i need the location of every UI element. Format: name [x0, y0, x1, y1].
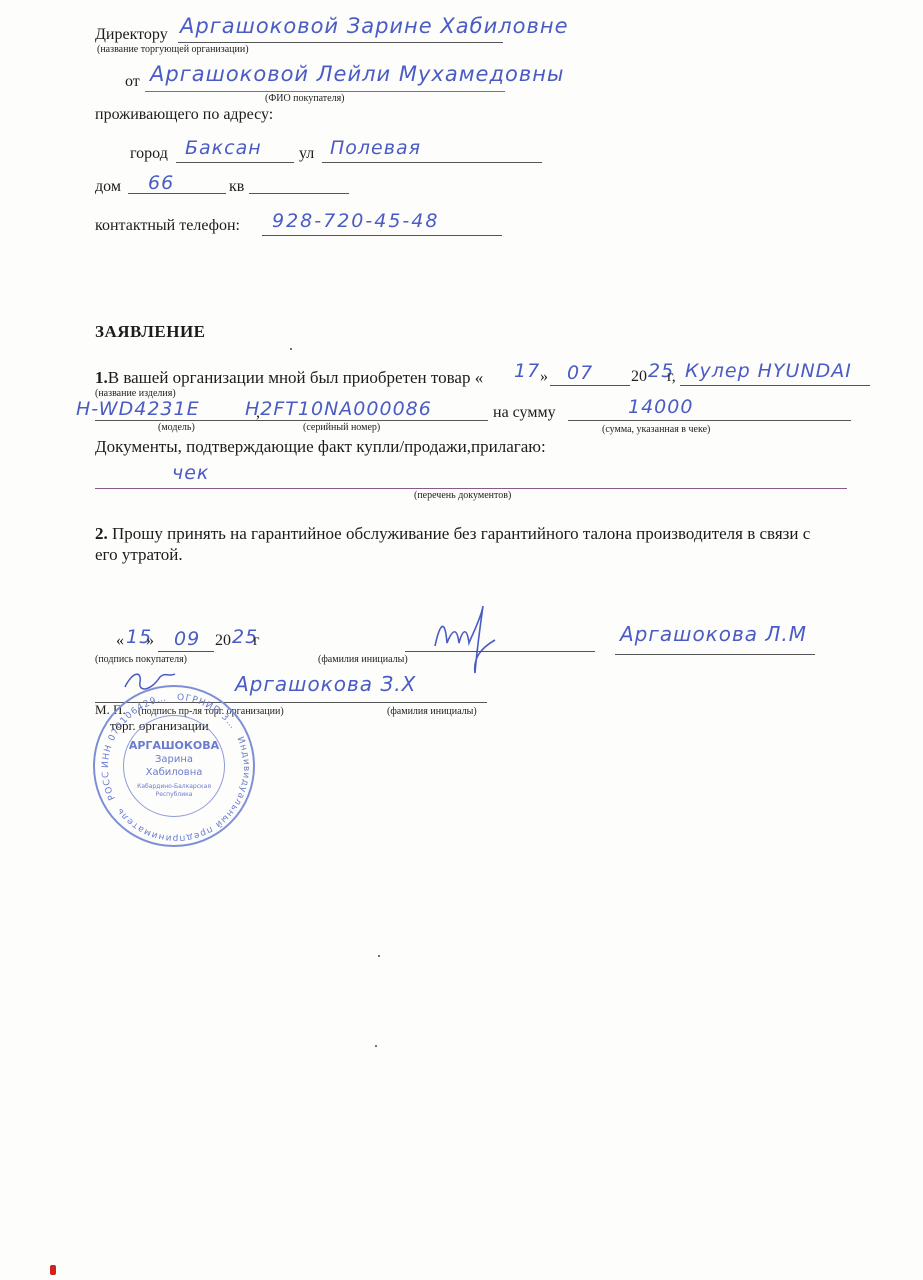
purchase-quote-close: » [540, 368, 548, 386]
docs-caption: (перечень документов) [414, 490, 511, 501]
street-underline [322, 162, 542, 163]
scan-red-mark [50, 1265, 56, 1275]
stamp-inner-ring [123, 715, 225, 817]
model-caption: (модель) [158, 422, 195, 433]
address-label: проживающего по адресу: [95, 106, 273, 124]
sign-date-month[interactable]: 09 [174, 628, 200, 650]
page-title: ЗАЯВЛЕНИЕ [95, 322, 206, 342]
p1-num: 1.В вашей организации мной был приобрете… [95, 368, 483, 388]
p2: 2. Прошу принять на гарантийное обслужив… [95, 524, 810, 544]
purchase-month-underline [550, 385, 630, 386]
street-value[interactable]: Полевая [330, 137, 421, 159]
apt-underline [249, 193, 349, 194]
phone-label: контактный телефон: [95, 217, 240, 235]
sum-caption: (сумма, указанная в чеке) [602, 424, 710, 435]
from-underline [145, 91, 505, 92]
director-caption: (название торгующей организации) [97, 44, 249, 55]
phone-underline [262, 235, 502, 236]
stamp-line5: Республика [95, 791, 253, 798]
stamp-line4: Кабардино-Балкарская [95, 783, 253, 790]
product-value[interactable]: Кулер HYUNDAI [685, 360, 852, 382]
from-caption: (ФИО покупателя) [265, 93, 345, 104]
purchase-year-prefix: 20 [631, 368, 647, 386]
house-value[interactable]: 66 [148, 172, 174, 194]
apt-label: кв [229, 178, 244, 196]
p1-number: 1. [95, 368, 108, 387]
director-underline [178, 42, 503, 43]
city-underline [176, 162, 294, 163]
product-underline [680, 385, 870, 386]
serial-underline [242, 420, 488, 421]
from-label: от [125, 73, 140, 91]
from-value[interactable]: Аргашоковой Лейли Мухамедовны [150, 62, 565, 86]
stamp-line2: Зарина [95, 754, 253, 765]
org-name-value[interactable]: Аргашокова З.Х [235, 672, 416, 696]
serial-value[interactable]: H2FT10NA000086 [245, 398, 432, 420]
model-value[interactable]: H-WD4231E [76, 398, 200, 420]
buyer-name-caption: (фамилия инициалы) [318, 654, 408, 665]
street-label: ул [299, 145, 314, 163]
sum-underline [568, 420, 851, 421]
sign-date-year-prefix: 20 [215, 632, 231, 650]
city-label: город [130, 145, 168, 163]
sign-date-year-end: г [253, 632, 260, 650]
company-stamp: ИНН 070106429… ОГРНИП 3… Индивидуальный … [93, 685, 255, 847]
sum-value[interactable]: 14000 [628, 396, 693, 418]
docs-underline [95, 488, 847, 489]
director-label: Директору [95, 26, 168, 44]
p1-text: В вашей организации мной был приобретен … [108, 368, 483, 387]
buyer-signature[interactable] [425, 598, 505, 678]
stamp-line1: АРГАШОКОВА [95, 739, 253, 752]
buyer-name-value[interactable]: Аргашокова Л.М [620, 622, 807, 646]
purchase-month[interactable]: 07 [567, 362, 593, 384]
org-name-caption: (фамилия инициалы) [387, 706, 477, 717]
p2-number: 2. [95, 524, 108, 543]
phone-value[interactable]: 928-720-45-48 [272, 210, 439, 232]
buyer-name-underline [615, 654, 815, 655]
sign-date-close: » [146, 632, 154, 650]
house-underline [128, 193, 226, 194]
purchase-day[interactable]: 17 [514, 360, 540, 382]
scan-speck [290, 348, 292, 350]
stamp-line3: Хабиловна [95, 767, 253, 778]
p2-text-2: его утратой. [95, 545, 183, 565]
sign-date-open: « [116, 632, 124, 650]
serial-caption: (серийный номер) [303, 422, 380, 433]
sum-label: на сумму [493, 404, 556, 422]
model-underline [95, 420, 255, 421]
docs-value[interactable]: чек [172, 462, 209, 484]
p2-text-1: Прошу принять на гарантийное обслуживани… [108, 524, 811, 543]
sign-date-month-underline [158, 651, 214, 652]
city-value[interactable]: Баксан [185, 137, 262, 159]
purchase-year-end: г, [667, 368, 676, 386]
director-value[interactable]: Аргашоковой Зарине Хабиловне [180, 14, 569, 38]
scan-speck [375, 1045, 377, 1047]
docs-text: Документы, подтверждающие факт купли/про… [95, 437, 546, 457]
house-label: дом [95, 178, 121, 196]
scan-speck [378, 955, 380, 957]
buyer-signature-underline [405, 651, 595, 652]
